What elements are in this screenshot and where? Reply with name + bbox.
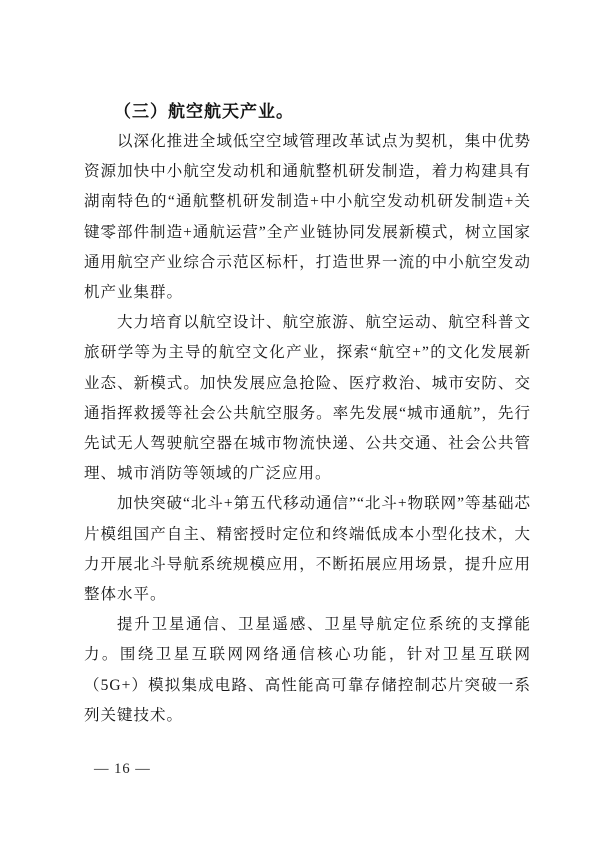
page-number: — 16 — [94, 760, 151, 778]
document-body: （三）航空航天产业。 以深化推进全域低空空域管理改革试点为契机，集中优势资源加快… [84, 96, 531, 731]
section-heading: （三）航空航天产业。 [114, 96, 531, 127]
paragraph-satellite-internet: 提升卫星通信、卫星遥感、卫星导航定位系统的支撑能力。围绕卫星互联网网络通信核心功… [84, 610, 531, 731]
document-page: （三）航空航天产业。 以深化推进全域低空空域管理改革试点为契机，集中优势资源加快… [0, 0, 600, 848]
paragraph-beidou-navigation: 加快突破“北斗+第五代移动通信”“北斗+物联网”等基础芯片模组国产自主、精密授时… [84, 489, 531, 610]
paragraph-low-altitude-reform: 以深化推进全域低空空域管理改革试点为契机，集中优势资源加快中小航空发动机和通航整… [84, 127, 531, 308]
paragraph-aviation-culture: 大力培育以航空设计、航空旅游、航空运动、航空科普文旅研学等为主导的航空文化产业，… [84, 308, 531, 489]
